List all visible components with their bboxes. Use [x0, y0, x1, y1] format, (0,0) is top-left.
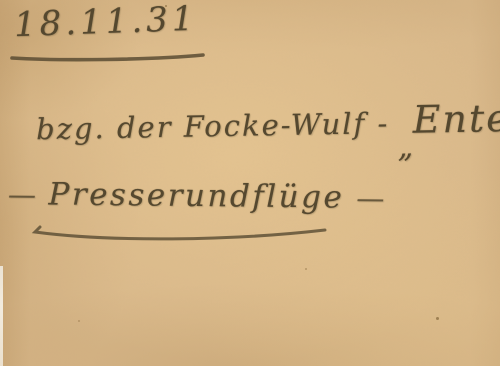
- aircraft-name: Ente: [412, 96, 500, 142]
- subject-text: bzg. der Focke-Wulf -: [36, 106, 390, 146]
- note-paper: 18.11.31 bzg. der Focke-Wulf -„Ente“ —Pr…: [0, 0, 500, 366]
- paper-speck: [305, 268, 307, 270]
- topic-underline: [35, 227, 325, 239]
- paper-speck: [78, 320, 80, 322]
- topic-line: —Presserundflüge—: [8, 176, 387, 216]
- paper-speck: [436, 317, 439, 320]
- paper-torn-edge: [0, 266, 3, 366]
- trailing-dash: —: [356, 182, 387, 215]
- open-quote-mark: „: [397, 130, 415, 165]
- leading-dash: —: [8, 178, 39, 211]
- date-text: 18.11.31: [13, 0, 198, 45]
- date-underline: [12, 55, 203, 60]
- subject-line: bzg. der Focke-Wulf -„Ente“: [36, 96, 500, 149]
- paper-speck: [165, 5, 167, 7]
- topic-text: Presserundflüge: [48, 176, 344, 215]
